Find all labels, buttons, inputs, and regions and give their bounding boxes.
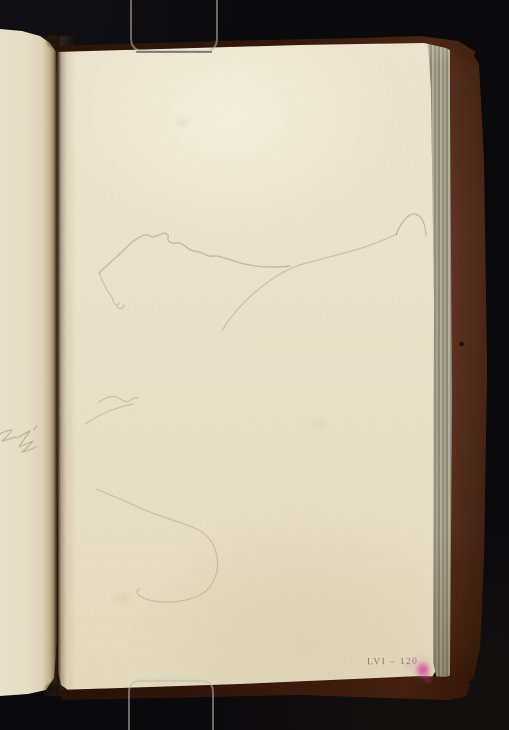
pencil-ridge-descender-icon xyxy=(100,273,124,309)
sketchbook-photo: LVI – 120 xyxy=(0,0,509,730)
sketch-overlay xyxy=(0,0,509,730)
pencil-left-page-scribbles-icon xyxy=(0,426,37,452)
pencil-large-curve-icon xyxy=(96,489,218,602)
retaining-clip-bottom xyxy=(129,681,213,730)
pencil-ridge-left-icon xyxy=(99,233,290,273)
pink-accession-mark xyxy=(401,646,441,692)
pencil-diagonal-ridge-icon xyxy=(222,234,397,331)
pencil-mid-scribble-icon xyxy=(85,396,138,424)
pencil-peak-hump-icon xyxy=(396,214,426,236)
retaining-clip-top xyxy=(131,0,217,51)
